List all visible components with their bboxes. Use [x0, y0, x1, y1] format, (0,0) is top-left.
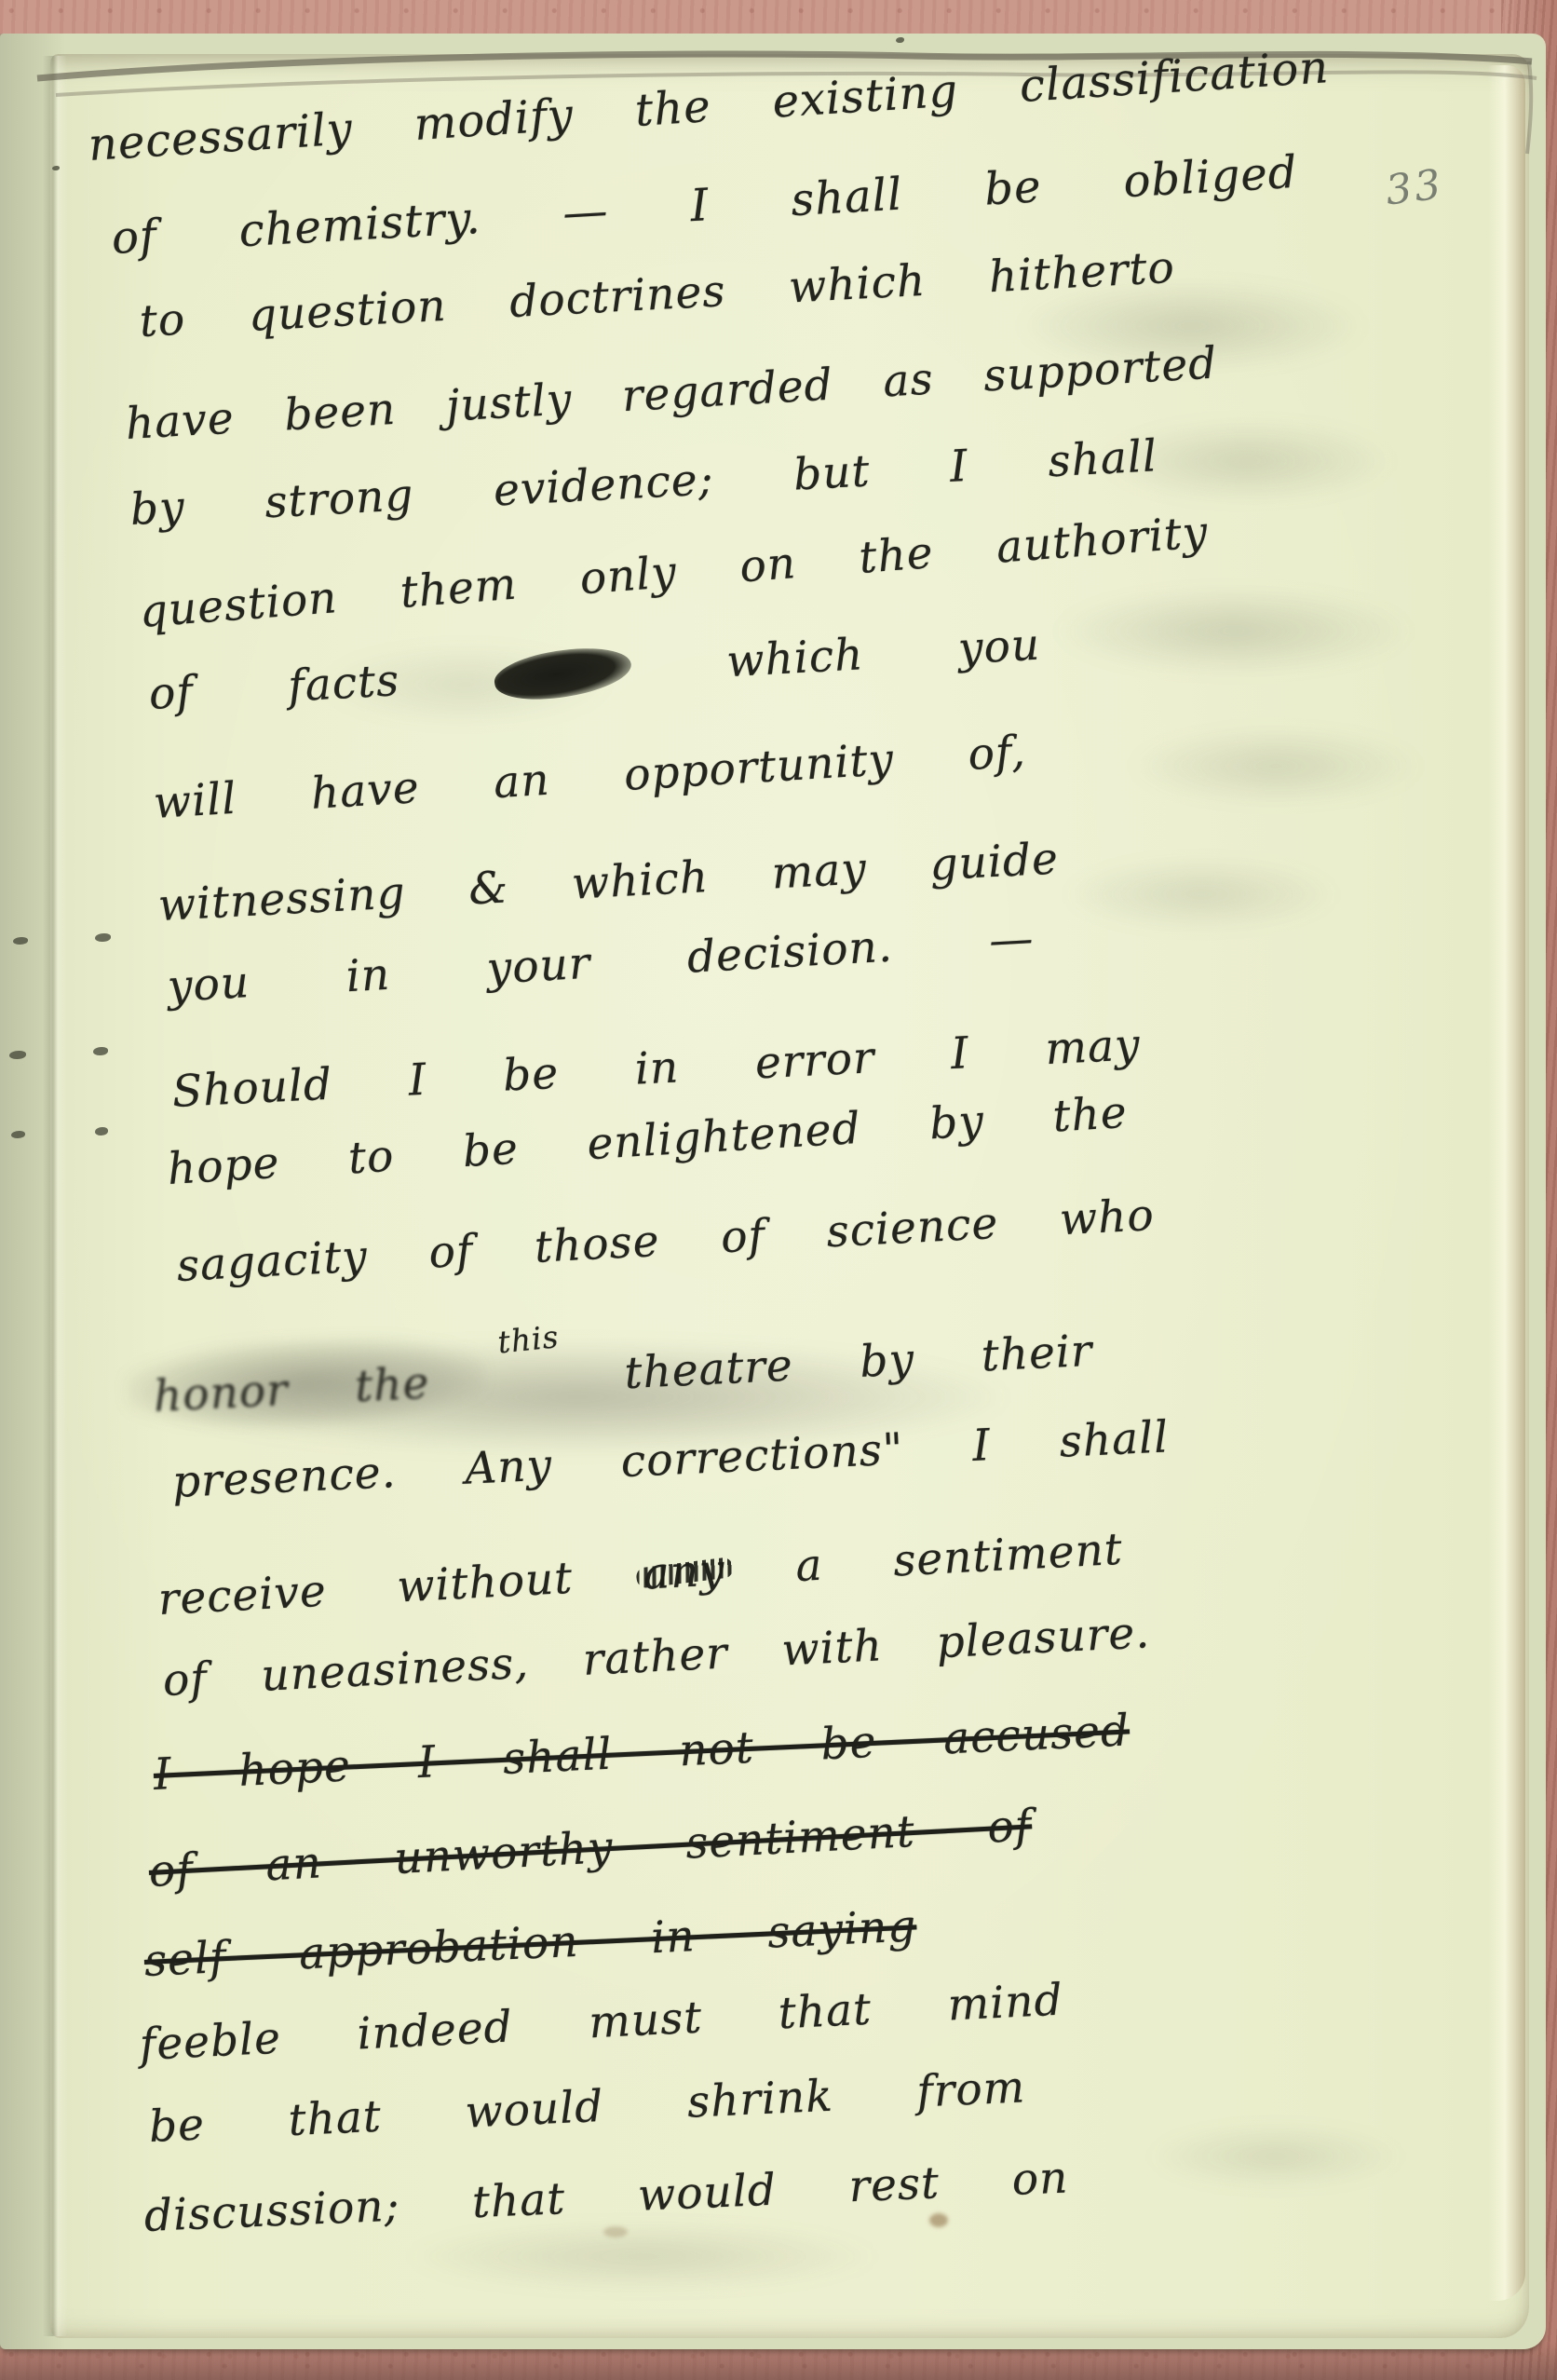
page-number: 33 — [1383, 160, 1446, 214]
text-segment: receive without — [157, 1553, 575, 1625]
text-line: sagacity of those of science who — [176, 1190, 1156, 1292]
text-line: to question doctrines which hitherto — [139, 242, 1176, 347]
text-line: receive without any a sentiment — [157, 1524, 1124, 1625]
text-line: of facts which you — [147, 619, 1041, 720]
text-segment: theatre by their — [623, 1326, 1093, 1400]
text-segment: self approbation in saying — [143, 1900, 918, 1987]
text-line: feeble indeed must that mind — [139, 1975, 1064, 2071]
text-segment: will have an opportunity of, — [152, 726, 1027, 829]
text-line: honor the this theatre by their — [153, 1326, 1094, 1422]
ink-blot — [492, 640, 635, 708]
stain-spot — [603, 2226, 628, 2237]
text-segment: I shall be obliged — [689, 146, 1299, 232]
text-line: will have an opportunity of, — [152, 726, 1027, 829]
text-segment: which you — [725, 619, 1042, 688]
text-line: necessarily modify the existing classifi… — [87, 41, 1330, 171]
text-line: you in your decision. — — [166, 913, 1035, 1013]
text-line: presence. Any corrections" I shall — [171, 1411, 1171, 1508]
text-segment: sagacity of those of science who — [176, 1190, 1156, 1292]
text-line: be that would shrink from — [148, 2061, 1027, 2153]
text-line: have been justly regarded as supported — [124, 338, 1218, 450]
text-segment: this — [496, 1318, 561, 1360]
stain-spot — [929, 2213, 948, 2227]
text-segment: of uneasiness, rather with pleasure. — [162, 1607, 1152, 1707]
text-segment: have been justly regarded as supported — [124, 338, 1218, 450]
text-segment: witnessing & which may guide — [157, 833, 1061, 932]
text-segment: of chemistry. — — [110, 184, 609, 265]
text-segment: presence. — [171, 1447, 398, 1508]
text-segment: of an unworthy sentiment of — [148, 1800, 1034, 1897]
text-segment: Any corrections" I shall — [464, 1411, 1170, 1494]
manuscript-photo: necessarily modify the existing classifi… — [0, 0, 1557, 2380]
text-segment: by strong evidence; but I shall — [129, 430, 1159, 536]
text-segment: any — [642, 1544, 726, 1600]
text-segment: necessarily modify the existing classifi… — [87, 41, 1330, 171]
text-line: witnessing & which may guide — [157, 833, 1061, 932]
text-line: of an unworthy sentiment of — [148, 1800, 1034, 1897]
text-line: self approbation in saying — [143, 1900, 918, 1987]
manuscript-text: necessarily modify the existing classifi… — [0, 0, 1557, 2380]
text-line: by strong evidence; but I shall — [129, 430, 1159, 536]
text-segment: you in your decision. — — [166, 913, 1035, 1013]
text-segment: a sentiment — [794, 1524, 1124, 1592]
text-segment: feeble indeed must that mind — [139, 1975, 1064, 2071]
text-segment: be that would shrink from — [148, 2061, 1027, 2153]
text-segment: of facts — [147, 655, 400, 720]
text-segment: to question doctrines which hitherto — [139, 242, 1176, 347]
text-line: of uneasiness, rather with pleasure. — [162, 1607, 1152, 1707]
text-segment: honor the — [153, 1358, 431, 1422]
text-line: I hope I shall not be accused — [153, 1705, 1131, 1801]
text-segment: I hope I shall not be accused — [153, 1705, 1131, 1801]
